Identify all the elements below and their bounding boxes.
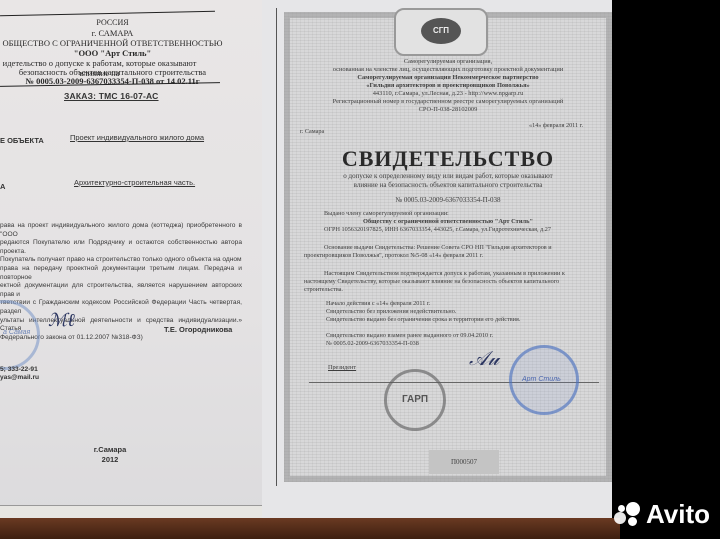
gaarp-stamp: ГАРП: [384, 369, 446, 431]
wooden-table-edge: [0, 518, 620, 539]
header-country: РОССИЯ: [0, 18, 225, 28]
avito-brand-text: Avito: [646, 500, 710, 528]
notice-line: права на передачу проектной документации…: [0, 265, 242, 282]
sro-logo-icon: СГП: [421, 18, 461, 44]
issue-date: «14» февраля 2011 г.: [529, 122, 583, 130]
validity-line: Начало действия с «14» февраля 2011 г.: [326, 300, 430, 308]
header-city: г. САМАРА: [0, 28, 225, 38]
org-line: «Гильдия архитекторов и проектировщиков …: [284, 82, 612, 90]
right-certificate-page: СГП Саморегулируемая организация, основа…: [262, 0, 612, 520]
under-sheet-edge: [0, 505, 262, 518]
serial-number: П000507: [429, 450, 499, 474]
contact-email: yas@mail.ru: [0, 374, 39, 382]
logo-frame: СГП: [394, 8, 488, 56]
notice-line: Покупатель получает право на строительст…: [0, 256, 242, 265]
section-label: А: [0, 182, 5, 191]
ogrn-line: ОГРН 1056320197825, ИНН 6367033354, 4430…: [324, 226, 551, 234]
certificate-title: СВИДЕТЕЛЬСТВО: [284, 146, 612, 172]
notice-line: редаются Покупателю или Подрядчику и ост…: [0, 239, 242, 256]
certificate: СГП Саморегулируемая организация, основа…: [284, 12, 612, 482]
replace-line: № 0005.02-2009-6367033354-П-038: [326, 340, 419, 348]
basis-line: Основание выдачи Свидетельства: Решение …: [324, 244, 552, 252]
confirm-line: строительства.: [304, 286, 343, 294]
issued-to: Обществу с ограниченной ответственностью…: [284, 218, 612, 226]
confirm-line: Настоящим Свидетельством подтверждается …: [324, 270, 565, 278]
org-line: Регистрационный номер в государственном …: [284, 98, 612, 106]
section-value: Архитектурно-строительная часть.: [74, 178, 195, 187]
org-line: основанная на членстве лиц, осуществляющ…: [284, 66, 612, 74]
object-label: Е ОБЪЕКТА: [0, 136, 44, 145]
header-org-type: ОБЩЕСТВО С ОГРАНИЧЕННОЙ ОТВЕТСТВЕННОСТЬЮ: [0, 38, 225, 48]
subtitle-line: о допуске к определенному виду или видам…: [284, 172, 612, 180]
validity-line: Свидетельство выдано без ограничения сро…: [326, 316, 520, 324]
object-value: Проект индивидуального жилого дома: [70, 133, 204, 142]
contact-phone: 5; 333-22-91: [0, 366, 39, 374]
avito-watermark: Avito: [614, 500, 710, 528]
header-org-name: "ООО "Арт Стиль": [0, 48, 225, 58]
contacts: 5; 333-22-91 yas@mail.ru: [0, 366, 39, 382]
subtitle-line: влияние на безопасность объектов капитал…: [284, 181, 612, 189]
avito-logo-icon: [614, 502, 642, 526]
signature: ℳℓ: [48, 310, 75, 331]
certificate-number: № 0005.03-2009-6367033354-П-038: [284, 196, 612, 204]
issue-place: г. Самара: [300, 128, 324, 136]
company-stamp-blue: Арт Стиль: [509, 345, 579, 415]
left-document-page: РОССИЯ г. САМАРА ОБЩЕСТВО С ОГРАНИЧЕННОЙ…: [0, 0, 262, 515]
signer-name: Т.Е. Огородникова: [164, 325, 232, 334]
org-line: Саморегулируемая организация,: [284, 58, 612, 66]
basis-line: проектировщиков Поволжья", протокол №5-0…: [304, 252, 483, 260]
header-top-rule: [0, 11, 215, 17]
org-line: Саморегулируемая организация Некоммерчес…: [284, 74, 612, 82]
footer-year: 2012: [80, 455, 140, 465]
notice-line: тветствии с Гражданским кодексом Российс…: [0, 299, 242, 316]
president-signature: 𝒜𝓊: [469, 348, 499, 371]
replace-line: Свидетельство выдано взамен ранее выданн…: [326, 332, 493, 340]
org-line: СРО-П-038-28102009: [284, 106, 612, 114]
margin-rule: [276, 8, 277, 486]
notice-line: ектной документации для строительства, я…: [0, 282, 242, 299]
order-number: ЗАКАЗ: ТМС 16-07-АС: [64, 91, 159, 101]
notice-line: рава на проект индивидуального жилого до…: [0, 222, 242, 239]
confirm-line: настоящему Свидетельству, которые оказыв…: [304, 278, 559, 286]
footer-place-year: г.Самара 2012: [80, 445, 140, 465]
footer-city: г.Самара: [80, 445, 140, 455]
org-line: 443110, г.Самара, ул.Лесная, д.23 - http…: [284, 90, 612, 98]
validity-line: Свидетельство без приложения недействите…: [326, 308, 456, 316]
issued-to-label: Выдано члену саморегулируемой организаци…: [324, 210, 449, 218]
president-label: Президент: [328, 364, 356, 372]
